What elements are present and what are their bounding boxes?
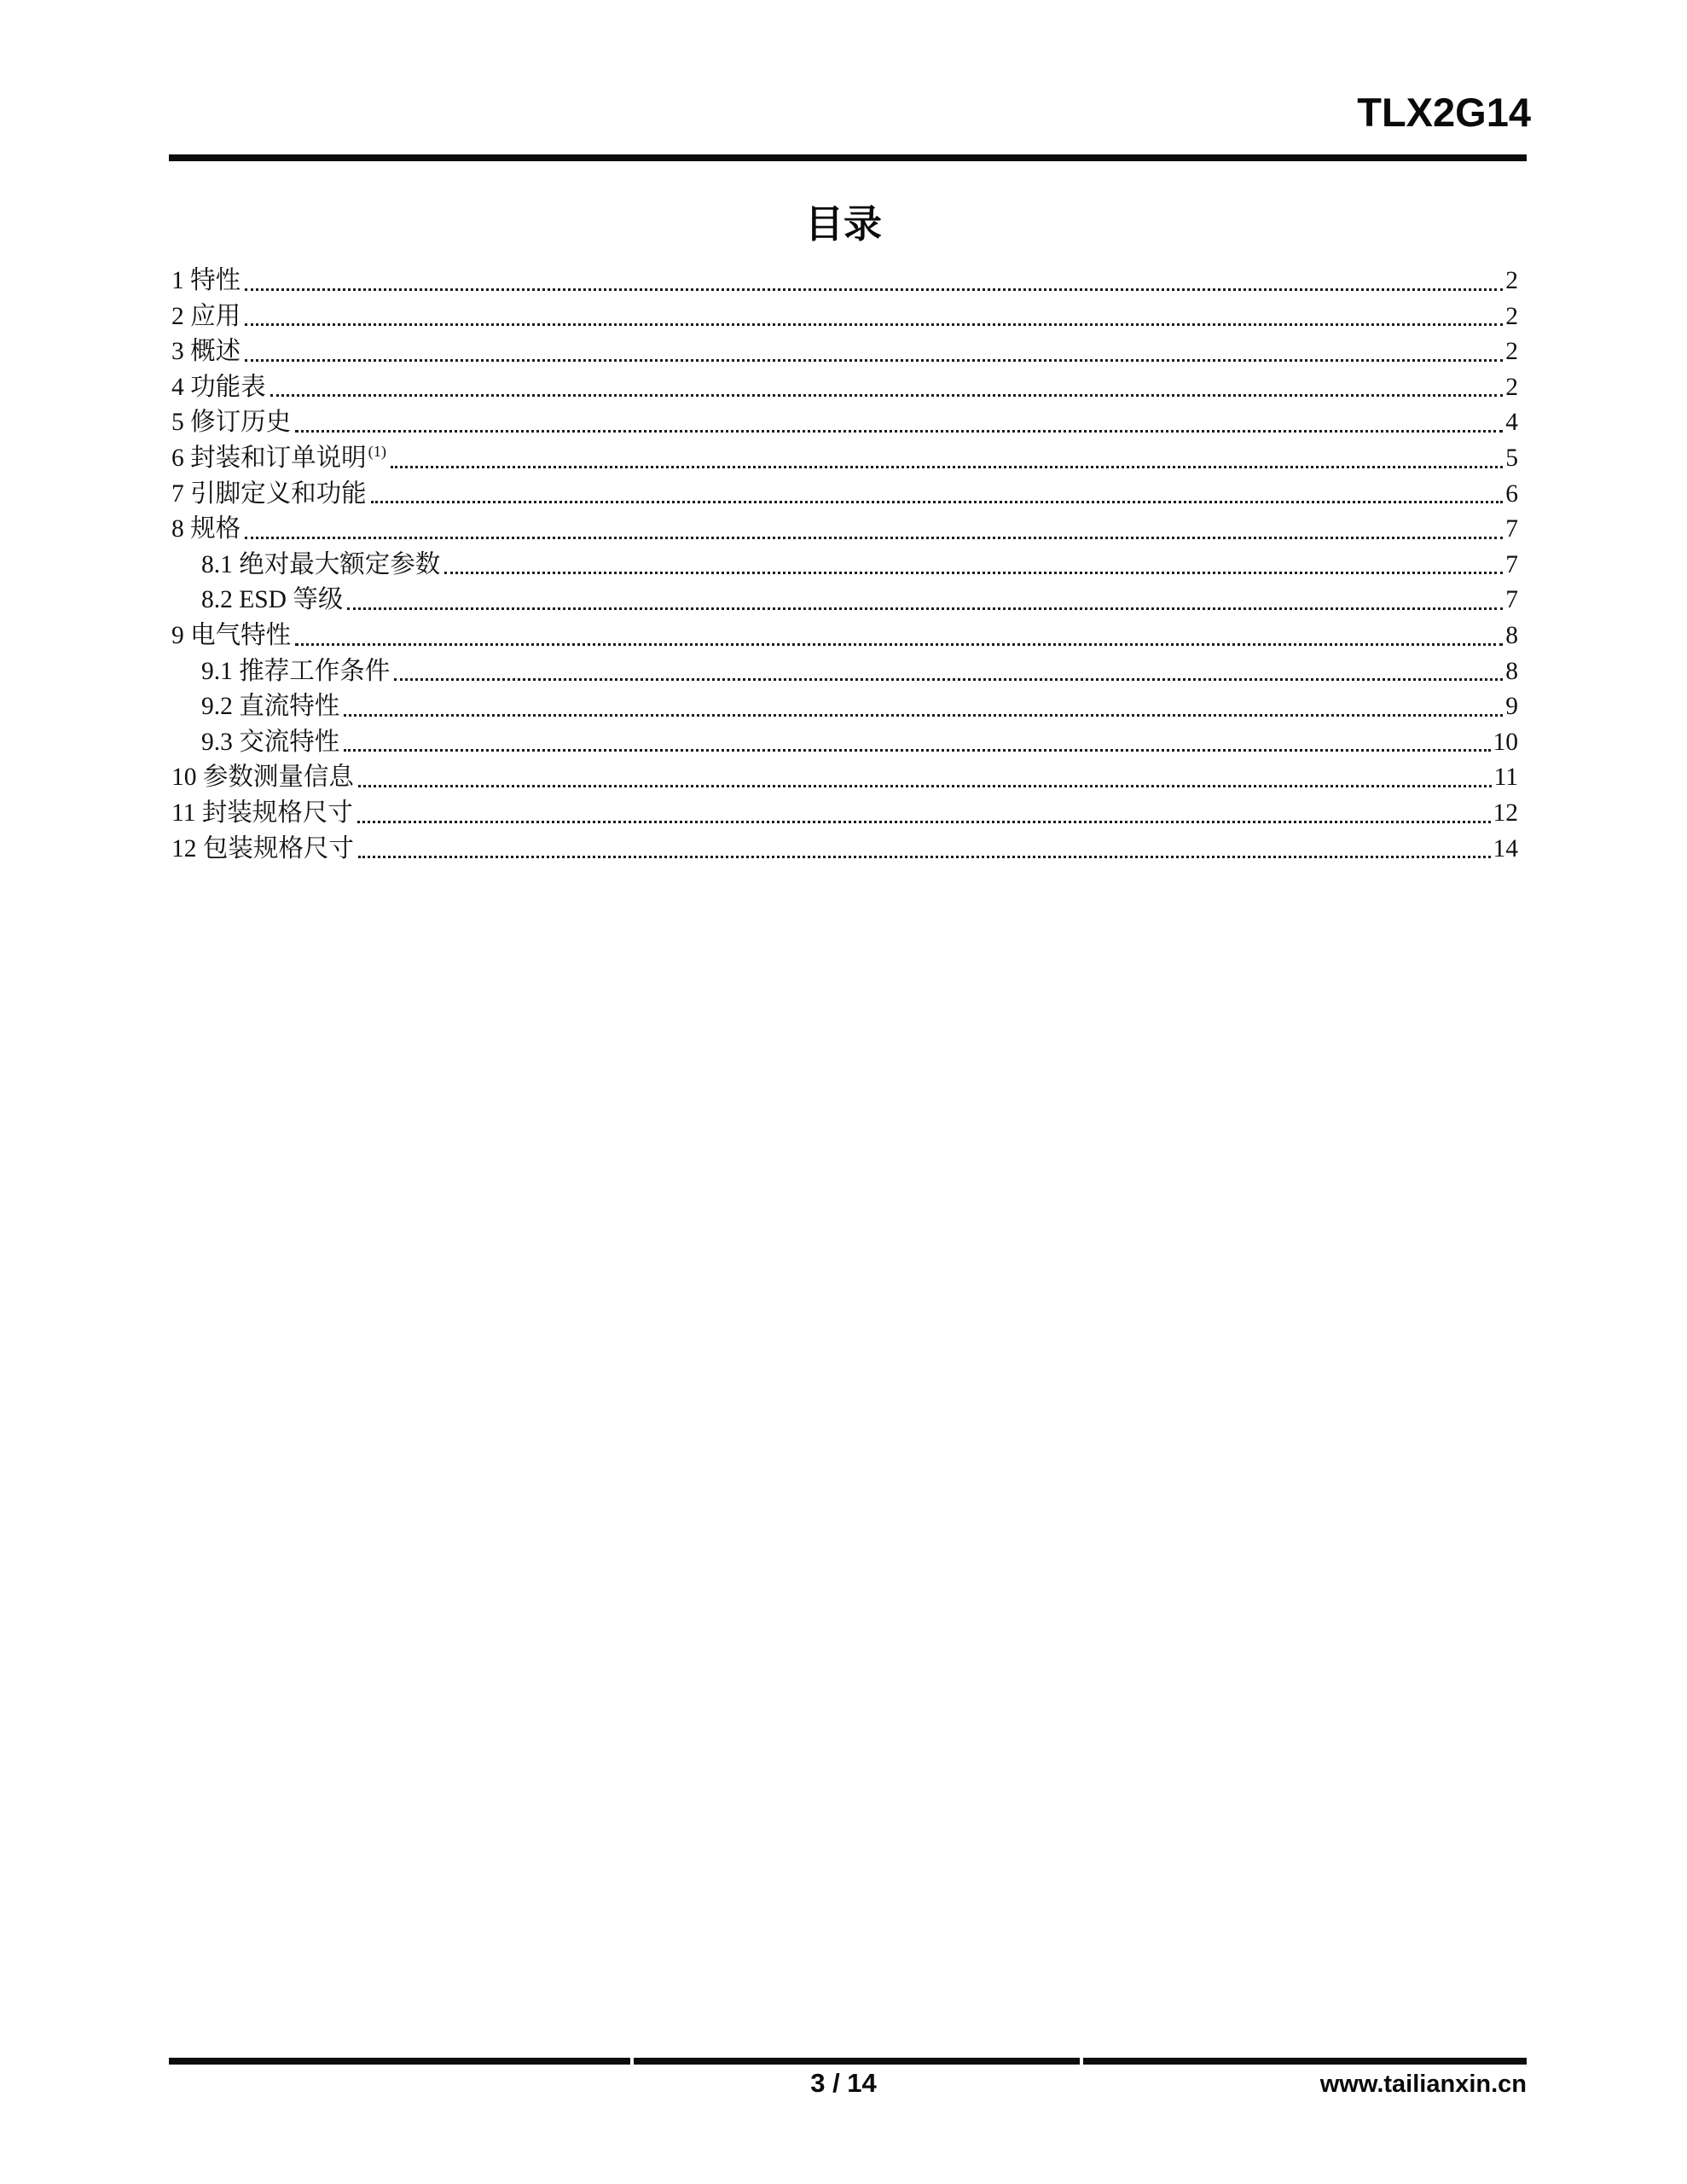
toc-entry-page: 12 [1493, 796, 1519, 832]
toc-dot-leader [394, 678, 1503, 681]
toc-entry-text: 12 包装规格尺寸 [171, 835, 354, 863]
toc-entry-text: 9.1 推荐工作条件 [201, 658, 390, 685]
toc-entry-text: 10 参数测量信息 [171, 764, 354, 791]
toc-entry-label: 5 修订历史 [171, 405, 291, 441]
toc-entry-text: 1 特性 [171, 267, 241, 294]
toc-dot-leader [344, 714, 1503, 717]
toc-entry[interactable]: 9.1 推荐工作条件 8 [171, 654, 1518, 690]
toc-entry[interactable]: 2 应用 2 [171, 299, 1518, 335]
toc-entry-page: 7 [1505, 583, 1518, 619]
toc-entry-page: 7 [1505, 512, 1518, 548]
toc-entry-text: 8.1 绝对最大额定参数 [201, 551, 440, 578]
toc-dot-leader [371, 501, 1504, 503]
toc-entry[interactable]: 11 封装规格尺寸 12 [171, 796, 1518, 832]
toc-entry[interactable]: 1 特性 2 [171, 264, 1518, 299]
toc-dot-leader [358, 785, 1492, 787]
toc-entry[interactable]: 8.2 ESD 等级 7 [171, 583, 1518, 619]
toc-entry-page: 9 [1505, 689, 1518, 725]
toc-entry-page: 6 [1505, 477, 1518, 513]
toc-entry-label: 7 引脚定义和功能 [171, 477, 367, 513]
toc-entry[interactable]: 5 修订历史 4 [171, 405, 1518, 441]
toc-entry-page: 11 [1494, 760, 1518, 796]
toc-entry-page: 2 [1505, 264, 1518, 299]
toc-entry-text: 6 封装和订单说明 [171, 444, 367, 472]
toc-entry[interactable]: 10 参数测量信息 11 [171, 760, 1518, 796]
toc-entry[interactable]: 8 规格 7 [171, 512, 1518, 548]
toc-entry-text: 8 规格 [171, 515, 241, 543]
toc-entry[interactable]: 9 电气特性 8 [171, 619, 1518, 654]
toc-entry-label: 10 参数测量信息 [171, 760, 354, 796]
toc-dot-leader [295, 430, 1503, 433]
toc-entry-page: 2 [1505, 299, 1518, 335]
toc-dot-leader [357, 821, 1491, 823]
toc-entry-label: 4 功能表 [171, 370, 266, 406]
toc-entry-text: 3 概述 [171, 338, 241, 365]
toc-entry-page: 2 [1505, 334, 1518, 370]
toc-entry-label: 3 概述 [171, 334, 241, 370]
toc-entry-page: 8 [1505, 654, 1518, 690]
toc-entry-sup: (1) [367, 443, 386, 460]
toc-dot-leader [245, 288, 1503, 291]
toc-entry-text: 7 引脚定义和功能 [171, 480, 367, 508]
toc-entry-label: 11 封装规格尺寸 [171, 796, 353, 832]
toc-entry-page: 5 [1505, 441, 1518, 477]
toc-entry-page: 7 [1505, 548, 1518, 584]
toc-title: 目录 [0, 203, 1687, 246]
toc-entry-label: 12 包装规格尺寸 [171, 832, 354, 868]
header-rule [169, 154, 1527, 161]
header-product-title: TLX2G14 [1357, 90, 1531, 135]
toc-entry-text: 5 修订历史 [171, 409, 291, 436]
footer-rule [169, 2058, 1527, 2065]
toc-entry[interactable]: 7 引脚定义和功能 6 [171, 477, 1518, 513]
datasheet-page: TLX2G14 目录 1 特性 2 2 应用 2 3 概述 2 4 功能表 2 … [0, 0, 1687, 2184]
toc-entry-text: 11 封装规格尺寸 [171, 799, 353, 827]
footer-rule-segment [1083, 2058, 1527, 2065]
toc-entry-label: 2 应用 [171, 299, 241, 335]
toc-entry-label: 1 特性 [171, 264, 241, 299]
toc-entry-label: 9.2 直流特性 [201, 689, 339, 725]
toc-entry[interactable]: 9.2 直流特性 9 [171, 689, 1518, 725]
toc-entry-page: 14 [1493, 832, 1519, 868]
toc-entry-page: 4 [1505, 405, 1518, 441]
toc-entry-page: 2 [1505, 370, 1518, 406]
toc-entry-label: 9 电气特性 [171, 619, 291, 654]
toc-entry[interactable]: 4 功能表 2 [171, 370, 1518, 406]
toc-entry-label: 9.3 交流特性 [201, 725, 339, 761]
toc-entry-page: 8 [1505, 619, 1518, 654]
toc-entry-text: 9 电气特性 [171, 622, 291, 649]
toc-dot-leader [391, 466, 1503, 468]
toc-dot-leader [245, 537, 1503, 539]
footer-website-link[interactable]: www.tailianxin.cn [1320, 2071, 1527, 2099]
toc-entry-label: 9.1 推荐工作条件 [201, 654, 390, 690]
toc-dot-leader [358, 856, 1491, 858]
toc-entry-text: 8.2 ESD 等级 [201, 586, 343, 613]
toc-entry-page: 10 [1493, 725, 1519, 761]
toc-entry-label: 6 封装和订单说明(1) [171, 441, 386, 477]
toc-dot-leader [270, 394, 1504, 397]
toc-entry-text: 4 功能表 [171, 374, 266, 401]
toc-entry-text: 2 应用 [171, 303, 241, 330]
toc-dot-leader [344, 749, 1490, 752]
toc-entry-label: 8.2 ESD 等级 [201, 583, 343, 619]
toc-entry-text: 9.3 交流特性 [201, 729, 339, 756]
toc-entry-text: 9.2 直流特性 [201, 693, 339, 720]
toc-entry-label: 8 规格 [171, 512, 241, 548]
toc-dot-leader [347, 607, 1503, 610]
toc-dot-leader [245, 359, 1503, 362]
toc-entry-label: 8.1 绝对最大额定参数 [201, 548, 440, 584]
toc-entry[interactable]: 9.3 交流特性 10 [171, 725, 1518, 761]
toc-entry[interactable]: 6 封装和订单说明(1) 5 [171, 441, 1518, 477]
footer-rule-segment [169, 2058, 630, 2065]
footer-rule-segment [634, 2058, 1080, 2065]
toc-entry[interactable]: 8.1 绝对最大额定参数 7 [171, 548, 1518, 584]
toc-dot-leader [245, 323, 1503, 326]
toc-list: 1 特性 2 2 应用 2 3 概述 2 4 功能表 2 5 修订历史 4 6 … [171, 264, 1518, 867]
toc-entry[interactable]: 3 概述 2 [171, 334, 1518, 370]
toc-dot-leader [444, 572, 1503, 574]
toc-dot-leader [295, 643, 1503, 646]
toc-entry[interactable]: 12 包装规格尺寸 14 [171, 832, 1518, 868]
